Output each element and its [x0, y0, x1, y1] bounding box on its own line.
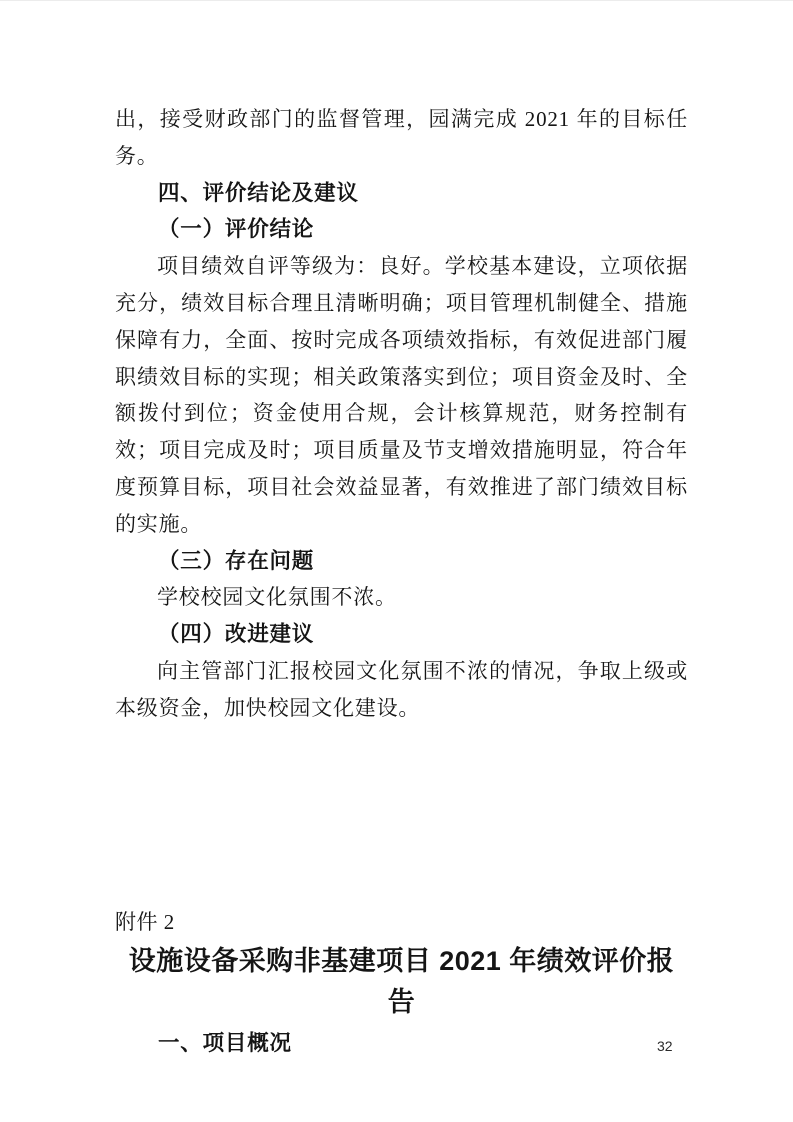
attachment-label: 附件 2 [115, 904, 688, 941]
subheading-4-improvement-suggestions: （四）改进建议 [115, 616, 688, 653]
paragraph-evaluation-conclusion: 项目绩效自评等级为：良好。学校基本建设，立项依据充分，绩效目标合理且清晰明确；项… [115, 248, 688, 542]
heading-section-1-project-overview: 一、项目概况 [115, 1023, 688, 1063]
document-page: 出，接受财政部门的监督管理，园满完成 2021 年的目标任务。 四、评价结论及建… [0, 0, 793, 1122]
page-content: 出，接受财政部门的监督管理，园满完成 2021 年的目标任务。 四、评价结论及建… [115, 101, 688, 1063]
paragraph-continuation: 出，接受财政部门的监督管理，园满完成 2021 年的目标任务。 [115, 101, 688, 175]
attachment-2-block: 附件 2 设施设备采购非基建项目 2021 年绩效评价报告 一、项目概况 [115, 904, 688, 1063]
page-number: 32 [657, 1038, 673, 1054]
paragraph-existing-problems: 学校校园文化氛围不浓。 [115, 579, 688, 616]
paragraph-improvement-suggestions: 向主管部门汇报校园文化氛围不浓的情况，争取上级或本级资金，加快校园文化建设。 [115, 653, 688, 727]
subheading-1-evaluation-conclusion: （一）评价结论 [115, 211, 688, 248]
attachment-report-title: 设施设备采购非基建项目 2021 年绩效评价报告 [115, 941, 688, 1023]
heading-section-4-conclusions-and-suggestions: 四、评价结论及建议 [115, 175, 688, 212]
subheading-3-existing-problems: （三）存在问题 [115, 543, 688, 580]
